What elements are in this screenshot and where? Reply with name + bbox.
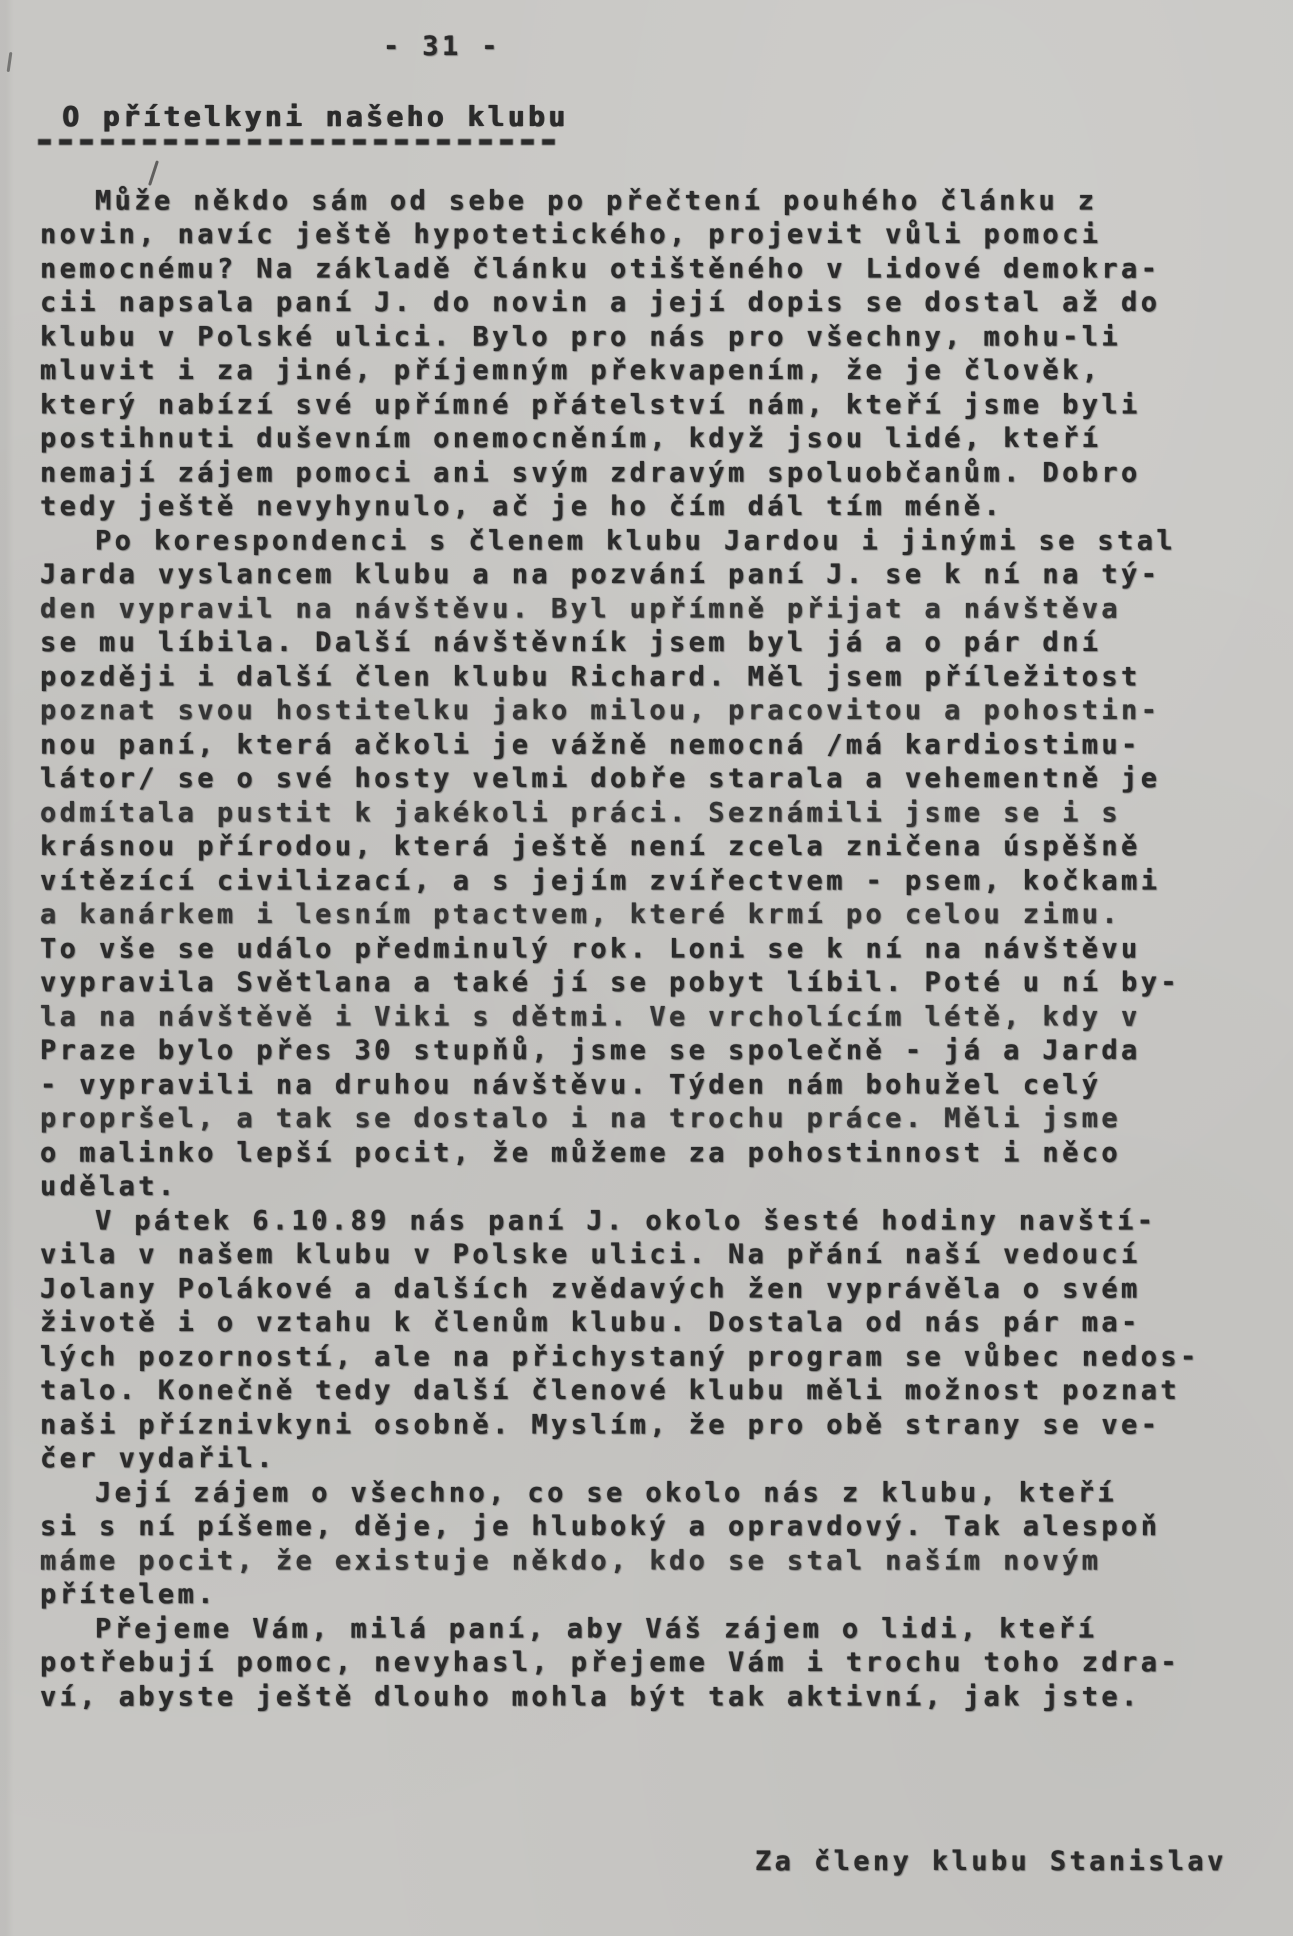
text-line: nou paní, která ačkoli je vážně nemocná … <box>40 728 1260 762</box>
text-line: Přejeme Vám, milá paní, aby Váš zájem o … <box>40 1612 1260 1646</box>
paragraph: Po korespondenci s členem klubu Jardou i… <box>40 524 1260 1204</box>
text-line: talo. Konečně tedy další členové klubu m… <box>40 1374 1260 1408</box>
text-line: životě i o vztahu k členům klubu. Dostal… <box>40 1306 1260 1340</box>
text-line: se mu líbila. Další návštěvník jsem byl … <box>40 626 1260 660</box>
text-line: la na návštěvě i Viki s dětmi. Ve vrchol… <box>40 1000 1260 1034</box>
text-line: a kanárkem i lesním ptactvem, které krmí… <box>40 898 1260 932</box>
text-line: poznat svou hostitelku jako milou, praco… <box>40 694 1260 728</box>
text-line: Jarda vyslancem klubu a na pozvání paní … <box>40 558 1260 592</box>
text-line: přítelem. <box>40 1578 1260 1612</box>
text-line: propršel, a tak se dostalo i na trochu p… <box>40 1102 1260 1136</box>
text-line: novin, navíc ještě hypotetického, projev… <box>40 218 1260 252</box>
text-line: lých pozorností, ale na přichystaný prog… <box>40 1340 1260 1374</box>
text-line: čer vydařil. <box>40 1442 1260 1476</box>
text-line: nemocnému? Na základě článku otištěného … <box>40 252 1260 286</box>
text-line: Může někdo sám od sebe po přečtení pouhé… <box>40 184 1260 218</box>
text-line: nemají zájem pomoci ani svým zdravým spo… <box>40 456 1260 490</box>
text-line: který nabízí své upřímné přátelství nám,… <box>40 388 1260 422</box>
text-line: ví, abyste ještě dlouho mohla být tak ak… <box>40 1680 1260 1714</box>
scanned-page: - 31 - O přítelkyni našeho klubu Může ně… <box>0 0 1293 1936</box>
text-line: odmítala pustit k jakékoli práci. Seznám… <box>40 796 1260 830</box>
text-line: Jolany Polákové a dalších zvědavých žen … <box>40 1272 1260 1306</box>
text-line: Praze bylo přes 30 stupňů, jsme se spole… <box>40 1034 1260 1068</box>
text-line: naši příznivkyni osobně. Myslím, že pro … <box>40 1408 1260 1442</box>
title-underline <box>38 139 558 145</box>
text-line: den vypravil na návštěvu. Byl upřímně př… <box>40 592 1260 626</box>
text-line: cii napsala paní J. do novin a její dopi… <box>40 286 1260 320</box>
text-line: tedy ještě nevyhynulo, ač je ho čím dál … <box>40 490 1260 524</box>
text-line: vypravila Světlana a také jí se pobyt lí… <box>40 966 1260 1000</box>
paragraph: Může někdo sám od sebe po přečtení pouhé… <box>40 184 1260 524</box>
text-line: V pátek 6.10.89 nás paní J. okolo šesté … <box>40 1204 1260 1238</box>
text-line: máme pocit, že existuje někdo, kdo se st… <box>40 1544 1260 1578</box>
text-line: udělat. <box>40 1170 1260 1204</box>
scan-artifact-mark <box>7 52 12 72</box>
text-line: vítězící civilizací, a s jejím zvířectve… <box>40 864 1260 898</box>
text-line: vila v našem klubu v Polske ulici. Na př… <box>40 1238 1260 1272</box>
paragraph: Přejeme Vám, milá paní, aby Váš zájem o … <box>40 1612 1260 1714</box>
signature-line: Za členy klubu Stanislav <box>755 1845 1227 1879</box>
text-line: potřebují pomoc, nevyhasl, přejeme Vám i… <box>40 1646 1260 1680</box>
document-body: Může někdo sám od sebe po přečtení pouhé… <box>40 184 1260 1714</box>
text-line: postihnuti duševním onemocněním, když js… <box>40 422 1260 456</box>
text-line: klubu v Polské ulici. Bylo pro nás pro v… <box>40 320 1260 354</box>
text-line: později i další člen klubu Richard. Měl … <box>40 660 1260 694</box>
text-line: krásnou přírodou, která ještě není zcela… <box>40 830 1260 864</box>
paragraph: V pátek 6.10.89 nás paní J. okolo šesté … <box>40 1204 1260 1476</box>
text-line: látor/ se o své hosty velmi dobře staral… <box>40 762 1260 796</box>
page-number: - 31 - <box>383 30 501 64</box>
scan-artifact-slash <box>148 160 158 186</box>
text-line: mluvit i za jiné, příjemným překvapením,… <box>40 354 1260 388</box>
text-line: To vše se událo předminulý rok. Loni se … <box>40 932 1260 966</box>
page-title: O přítelkyni našeho klubu <box>62 100 568 134</box>
text-line: Po korespondenci s členem klubu Jardou i… <box>40 524 1260 558</box>
text-line: o malinko lepší pocit, že můžeme za poho… <box>40 1136 1260 1170</box>
text-line: Její zájem o všechno, co se okolo nás z … <box>40 1476 1260 1510</box>
text-line: - vypravili na druhou návštěvu. Týden ná… <box>40 1068 1260 1102</box>
text-line: si s ní píšeme, děje, je hluboký a oprav… <box>40 1510 1260 1544</box>
paragraph: Její zájem o všechno, co se okolo nás z … <box>40 1476 1260 1612</box>
